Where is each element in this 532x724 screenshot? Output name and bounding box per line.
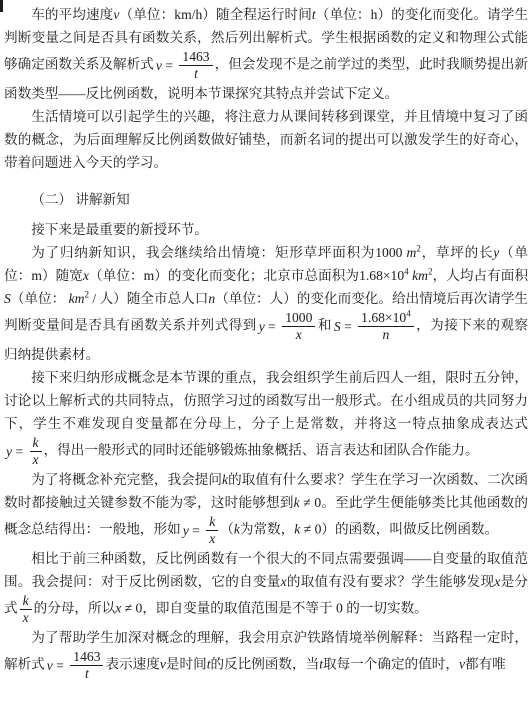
math-roman-run: = xyxy=(12,444,26,459)
text-run: （单位： xyxy=(119,7,174,22)
math-roman-run: m xyxy=(144,268,155,283)
math-roman-run: = xyxy=(341,319,355,334)
text-run: 的分母，所以 xyxy=(34,601,116,616)
math-roman-run: = xyxy=(189,523,203,538)
paragraph: 车的平均速度v（单位：km/h）随全程运行时间t（单位：h）的变化而变化。请学生… xyxy=(4,3,528,105)
text-run: 车的平均速度 xyxy=(31,7,113,22)
text-run: ）的变化而变化；北京市总面积为 xyxy=(154,268,359,283)
math-fraction-stack: kx xyxy=(30,435,42,468)
text-run: 取每一个确定的值时， xyxy=(323,657,459,672)
math-roman-run: 1463 xyxy=(73,649,100,664)
text-run: （单位： xyxy=(11,291,65,306)
math-variable: S xyxy=(334,319,341,334)
math-variable: S xyxy=(4,291,11,306)
text-run: 都有唯 xyxy=(465,657,506,672)
math-denominator: n xyxy=(358,327,414,343)
math-roman-run: km/h xyxy=(174,7,202,22)
math-fraction: y = kx xyxy=(6,435,42,468)
math-roman-run: 1000 xyxy=(285,310,312,325)
math-variable: x xyxy=(296,327,302,342)
math-superscript: 4 xyxy=(406,308,411,318)
math-roman-run: = xyxy=(53,658,67,673)
math-fraction: v = 1463t xyxy=(156,49,213,82)
math-variable: km xyxy=(69,291,85,306)
paragraph: 为了归纳新知识，我会继续给出情境：矩形草坪面积为1000 m2，草坪的长y（单位… xyxy=(4,241,528,366)
section-heading: （二） 讲解新知 xyxy=(4,188,528,211)
paragraph: 相比于前三种函数，反比例函数有一个很大的不同点需要强调——自变量的取值范围。我会… xyxy=(4,547,528,626)
text-run: （单位： xyxy=(89,268,144,283)
text-run: 接下来归纳形成概念是本节课的重点，我会组织学生前后四人一组，限时五分钟，讨论以上… xyxy=(4,370,528,431)
math-roman-run: = xyxy=(162,58,176,73)
math-fraction-stack: 1463t xyxy=(70,649,103,682)
paragraph: 生活情境可以引起学生的兴趣，将注意力从课间转移到课堂，并且情境中复习了函数的概念… xyxy=(4,105,528,174)
math-fraction-lead: y = xyxy=(259,315,280,338)
text-run: 表示速度 xyxy=(105,657,159,672)
text-run: （单位： xyxy=(316,7,371,22)
math-variable: k xyxy=(23,593,29,608)
math-fraction: v = 1463t xyxy=(47,649,104,682)
math-fraction: y = kx xyxy=(183,514,219,547)
math-fraction: y = 1000x xyxy=(259,310,316,343)
text-run: ，人均占有面积 xyxy=(432,268,528,283)
paragraph: 接下来归纳形成概念是本节课的重点，我会组织学生前后四人一组，限时五分钟，讨论以上… xyxy=(4,366,528,468)
math-roman-run: = xyxy=(265,319,279,334)
text-run: 生活情境可以引起学生的兴趣，将注意力从课间转移到课堂，并且情境中复习了函数的概念… xyxy=(4,109,528,170)
math-fraction-stack: kx xyxy=(20,593,32,626)
math-roman-run: ≠ 0 xyxy=(121,601,142,616)
math-denominator: x xyxy=(206,531,218,547)
math-variable: k xyxy=(33,435,39,450)
text-run: ，即自变量的取值范围是不等于 xyxy=(142,601,332,616)
math-roman-run: 1.68×10 xyxy=(361,310,406,325)
text-run: ，草坪的长 xyxy=(421,245,493,260)
math-fraction-lead: S = xyxy=(334,315,355,338)
math-variable: t xyxy=(194,66,198,81)
math-denominator: t xyxy=(179,66,212,82)
text-run: 的一切实数。 xyxy=(346,601,428,616)
math-fraction-lead: y = xyxy=(6,440,27,463)
math-denominator: x xyxy=(20,610,32,626)
text-run: 接下来是最重要的新授环节。 xyxy=(31,222,208,237)
math-fraction-stack: 1463t xyxy=(179,49,212,82)
math-roman-run: ≠ 0 xyxy=(300,495,321,510)
math-numerator: 1463 xyxy=(70,649,103,666)
text-run: ）的函数，叫做反比例函数。 xyxy=(321,522,498,537)
math-fraction: S = 1.68×104n xyxy=(334,310,414,343)
text-run: ，得出一般形式的同时还能够锻炼抽象概括、语言表达和团队合作能力。 xyxy=(44,443,479,458)
math-roman-run: 1000 xyxy=(375,245,406,260)
text-run: 和 xyxy=(317,318,331,333)
math-fraction-lead: v = xyxy=(47,654,68,677)
text-run: 的反比例函数，当 xyxy=(210,657,319,672)
document-page: 车的平均速度v（单位：km/h）随全程运行时间t（单位：h）的变化而变化。请学生… xyxy=(0,0,532,682)
math-variable: x xyxy=(33,452,39,467)
text-run: 人）随全市总人口 xyxy=(100,291,209,306)
math-variable: x xyxy=(23,610,29,625)
paragraph: 为了将概念补充完整，我会提问k的取值有什么要求？学生在学习一次函数、二次函数时都… xyxy=(4,468,528,547)
text-run: （二） 讲解新知 xyxy=(31,192,130,207)
math-numerator: k xyxy=(30,435,42,452)
math-denominator: x xyxy=(30,452,42,468)
math-fraction-stack: 1.68×104n xyxy=(358,310,414,343)
math-numerator: 1000 xyxy=(282,310,315,327)
math-fraction-stack: kx xyxy=(206,514,218,547)
math-fraction-lead: v = xyxy=(156,54,177,77)
math-numerator: 1.68×104 xyxy=(358,310,414,327)
text-run: 是时间 xyxy=(166,657,207,672)
math-roman-run: 1463 xyxy=(182,49,209,64)
math-roman-run: ≠ 0 xyxy=(300,522,321,537)
text-run: 为了归纳新知识，我会继续给出情境：矩形草坪面积为 xyxy=(31,245,375,260)
math-roman-run: 0 xyxy=(333,601,347,616)
text-run: ）随全程运行时间 xyxy=(202,7,312,22)
math-numerator: 1463 xyxy=(179,49,212,66)
math-variable: k xyxy=(209,514,215,529)
text-run: 的取值有没有要求？学生能够发现 xyxy=(287,574,495,589)
math-variable: t xyxy=(85,666,89,681)
paragraph: 接下来是最重要的新授环节。 xyxy=(4,218,528,241)
math-roman-run: m xyxy=(31,268,42,283)
math-variable: km xyxy=(412,268,428,283)
crop-artifact xyxy=(0,0,3,12)
math-denominator: t xyxy=(70,666,103,682)
math-variable: n xyxy=(383,327,390,342)
text-run: ）随宽 xyxy=(42,268,83,283)
math-variable: x xyxy=(209,531,215,546)
math-roman-run: / xyxy=(89,291,100,306)
math-roman-run: 1.68×10 xyxy=(359,268,404,283)
text-run: 为常数， xyxy=(240,522,294,537)
paragraph: 为了帮助学生加深对概念的理解，我会用京沪铁路情境举例解释：当路程一定时，解析式v… xyxy=(4,626,528,682)
math-numerator: k xyxy=(206,514,218,531)
math-fraction-stack: 1000x xyxy=(282,310,315,343)
math-numerator: k xyxy=(20,593,32,610)
math-fraction: kx xyxy=(20,593,32,626)
text-run: 为了将概念补充完整，我会提问 xyxy=(31,472,222,487)
math-fraction-lead: y = xyxy=(183,519,204,542)
text-run: （ xyxy=(220,522,234,537)
math-variable: m xyxy=(407,245,417,260)
math-denominator: x xyxy=(282,327,315,343)
